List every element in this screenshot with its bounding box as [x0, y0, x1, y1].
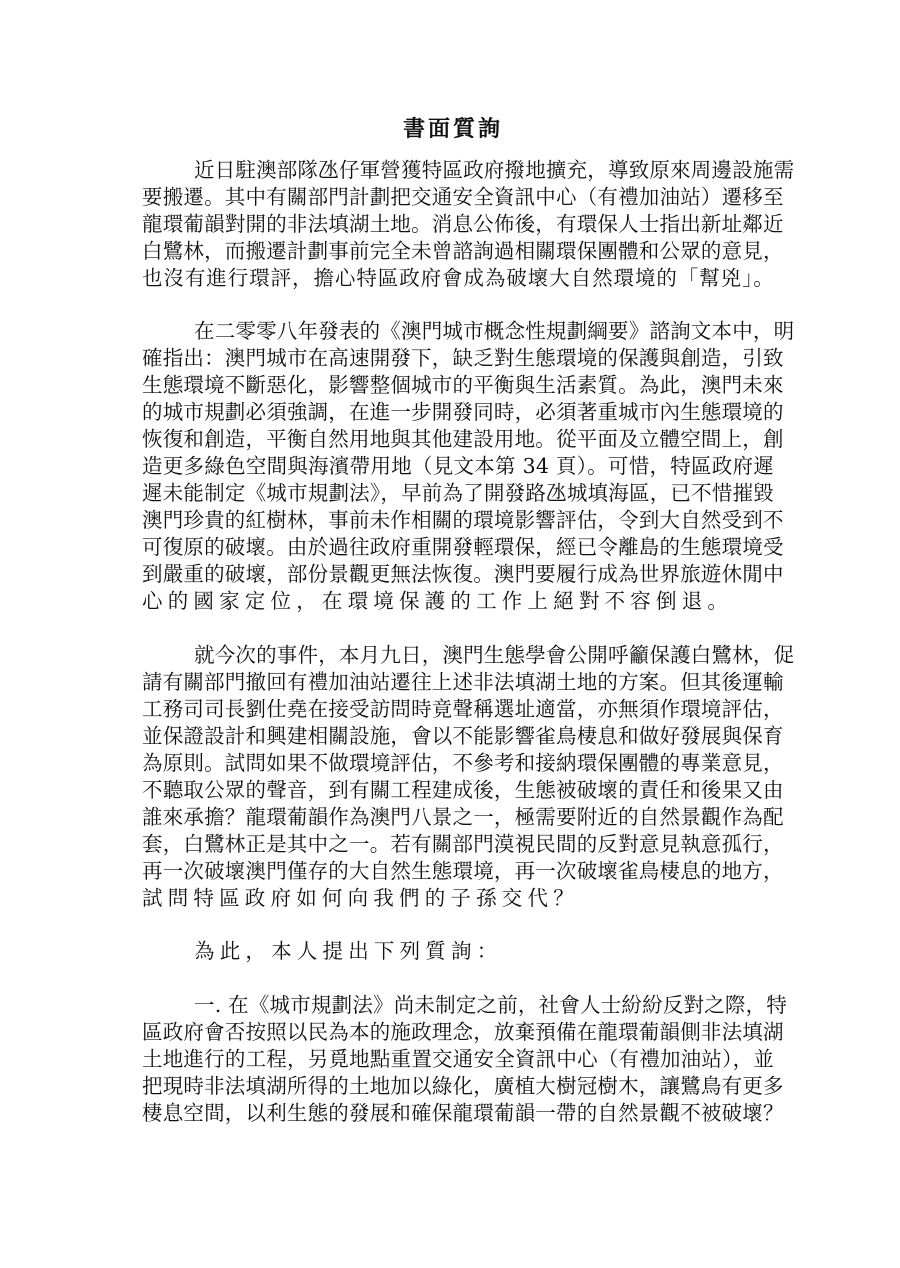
paragraph-line: 的城市規劃必須強調，在進一步開發同時，必須著重城市內生態環境的: [142, 399, 774, 426]
paragraph-line: 套，白鷺林正是其中之一。若有關部門漠視民間的反對意見執意孤行，: [142, 831, 774, 858]
paragraph-line: 生態環境不斷惡化，影響整個城市的平衡與生活素質。為此，澳門未來: [142, 372, 774, 399]
paragraph-line: 也沒有進行環評，擔心特區政府會成為破壞大自然環境的「幫兇」。: [142, 265, 774, 292]
paragraph-line: 就今次的事件，本月九日，澳門生態學會公開呼籲保護白鷺林，促: [142, 642, 774, 669]
paragraph-line: 為原則。試問如果不做環境評估，不參考和接納環保團體的專業意見，: [142, 750, 774, 777]
paragraph-line: 要搬遷。其中有關部門計劃把交通安全資訊中心（有禮加油站）遷移至: [142, 184, 774, 211]
paragraph-line: 再一次破壞澳門僅存的大自然生態環境，再一次破壞雀鳥棲息的地方，: [142, 858, 774, 885]
paragraph-line: 工務司司長劉仕堯在接受訪問時竟聲稱選址適當，亦無須作環境評估，: [142, 696, 774, 723]
document-title: 書面質詢: [0, 114, 900, 144]
paragraph-line: 土地進行的工程，另覓地點重置交通安全資訊中心（有禮加油站），並: [142, 1046, 774, 1073]
document-page: 書面質詢 近日駐澳部隊氹仔軍營獲特區政府撥地擴充，導致原來周邊設施需 要搬遷。其…: [0, 0, 900, 1268]
paragraph-line: 把現時非法填湖所得的土地加以綠化，廣植大樹冠樹木，讓鷺鳥有更多: [142, 1073, 774, 1100]
paragraph-questions-intro: 為此，本人提出下列質詢：: [142, 938, 774, 965]
paragraph-line: 澳門珍貴的紅樹林，事前未作相關的環境影響評估，令到大自然受到不: [142, 507, 774, 534]
paragraph-line: 白鷺林，而搬遷計劃事前完全未曾諮詢過相關環保團體和公眾的意見，: [142, 238, 774, 265]
paragraph-line: 龍環葡韻對開的非法填湖土地。消息公佈後，有環保人士指出新址鄰近: [142, 211, 774, 238]
paragraph-line: 試問特區政府如何向我們的子孫交代？: [142, 885, 774, 912]
paragraph-line: 為此，本人提出下列質詢：: [142, 938, 774, 965]
paragraph-line: 心的國家定位，在環境保護的工作上絕對不容倒退。: [142, 588, 774, 615]
paragraph-line: 在二零零八年發表的《澳門城市概念性規劃綱要》諮詢文本中，明: [142, 318, 774, 345]
paragraph-line: 不聽取公眾的聲音，到有關工程建成後，生態被破壞的責任和後果又由: [142, 777, 774, 804]
paragraph-line: 確指出：澳門城市在高速開發下，缺乏對生態環境的保護與創造，引致: [142, 345, 774, 372]
paragraph-line: 到嚴重的破壞，部份景觀更無法恢復。澳門要履行成為世界旅遊休閒中: [142, 561, 774, 588]
paragraph-line: 遲未能制定《城市規劃法》，早前為了開發路氹城填海區，已不惜摧毀: [142, 480, 774, 507]
paragraph-line: 一. 在《城市規劃法》尚未制定之前，社會人士紛紛反對之際，特: [142, 992, 774, 1019]
paragraph-line: 恢復和創造，平衡自然用地與其他建設用地。從平面及立體空間上，創: [142, 426, 774, 453]
question-item-1: 一. 在《城市規劃法》尚未制定之前，社會人士紛紛反對之際，特 區政府會否按照以民…: [142, 992, 774, 1127]
paragraph-background: 近日駐澳部隊氹仔軍營獲特區政府撥地擴充，導致原來周邊設施需 要搬遷。其中有關部門…: [142, 157, 774, 292]
paragraph-line: 區政府會否按照以民為本的施政理念，放棄預備在龍環葡韻側非法填湖: [142, 1019, 774, 1046]
paragraph-line: 誰來承擔？龍環葡韻作為澳門八景之一，極需要附近的自然景觀作為配: [142, 804, 774, 831]
paragraph-line: 請有關部門撤回有禮加油站遷往上述非法填湖土地的方案。但其後運輸: [142, 669, 774, 696]
paragraph-line: 造更多綠色空間與海濱帶用地（見文本第 34 頁）。可惜，特區政府遲: [142, 453, 774, 480]
paragraph-line: 並保證設計和興建相關設施，會以不能影響雀鳥棲息和做好發展與保育: [142, 723, 774, 750]
paragraph-line: 近日駐澳部隊氹仔軍營獲特區政府撥地擴充，導致原來周邊設施需: [142, 157, 774, 184]
paragraph-line: 棲息空間，以利生態的發展和確保龍環葡韻一帶的自然景觀不被破壞？: [142, 1100, 774, 1127]
paragraph-planning-outline: 在二零零八年發表的《澳門城市概念性規劃綱要》諮詢文本中，明 確指出：澳門城市在高…: [142, 318, 774, 615]
paragraph-line: 可復原的破壞。由於過往政府重開發輕環保，經已令離島的生態環境受: [142, 534, 774, 561]
paragraph-recent-event: 就今次的事件，本月九日，澳門生態學會公開呼籲保護白鷺林，促 請有關部門撤回有禮加…: [142, 642, 774, 912]
